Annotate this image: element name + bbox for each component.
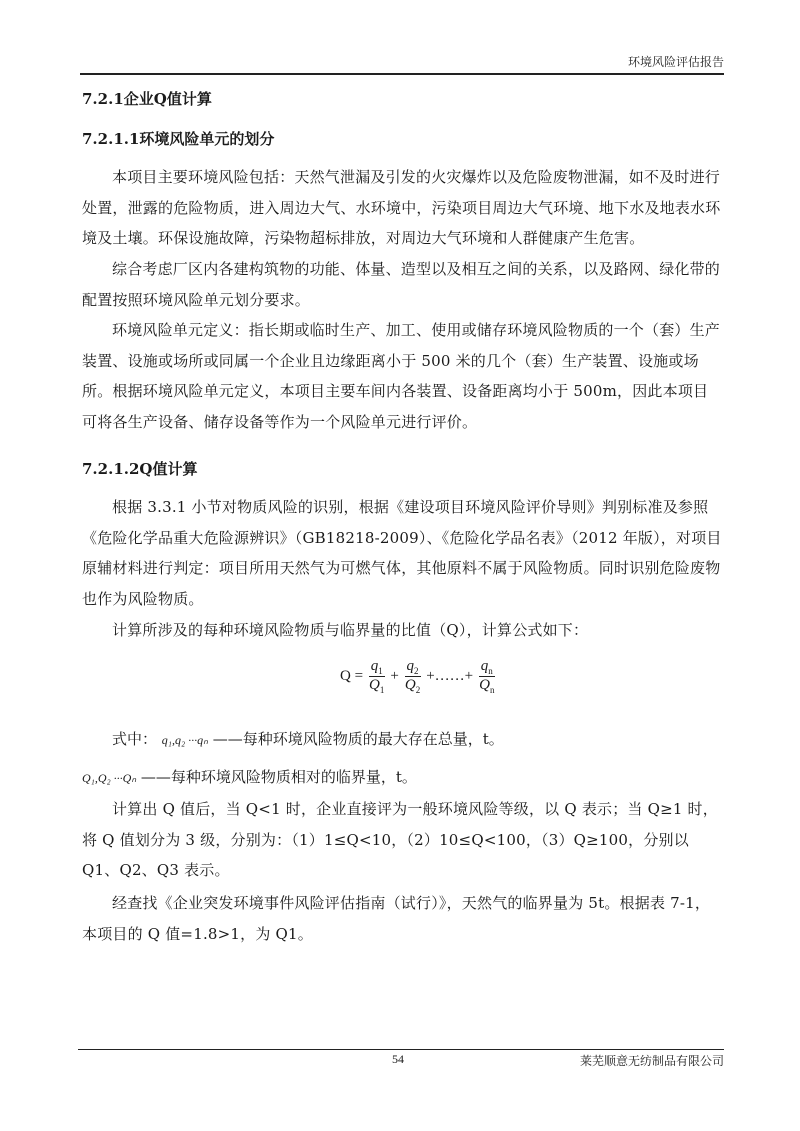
paragraph-q-result: 经查找《企业突发环境事件风险评估指南（试行）》，天然气的临界量为 5t。根据表 …: [82, 888, 722, 949]
section-heading-7-2-1: 7.2.1企业Q值计算: [82, 88, 212, 109]
paragraph-q-levels: 计算出 Q 值后，当 Q<1 时，企业直接评为一般环境风险等级，以 Q 表示；当…: [82, 794, 722, 886]
formula-lhs: Q =: [340, 668, 363, 685]
formula-term-2: q2 Q2: [403, 658, 422, 695]
q-formula: Q = q1 Q1 + q2 Q2 +……+ qn Qn: [340, 658, 496, 695]
header-title: 环境风险评估报告: [628, 53, 724, 70]
paragraph-risk-overview: 本项目主要环境风险包括：天然气泄漏及引发的火灾爆炸以及危险废物泄漏，如不及时进行…: [82, 162, 722, 254]
formula-plus: +: [390, 668, 398, 685]
formula-ellipsis: +……+: [426, 668, 473, 685]
paragraph-material-identification: 根据 3.3.1 小节对物质风险的识别，根据《建设项目环境风险评价导则》判别标准…: [82, 492, 722, 614]
page-number: 54: [392, 1052, 404, 1067]
section-heading-7-2-1-2: 7.2.1.2Q值计算: [82, 458, 197, 479]
footer-divider: [78, 1049, 724, 1050]
header-divider: [80, 73, 724, 75]
definition-q-lower: 式中： q₁,q₂ ···qₙ ——每种环境风险物质的最大存在总量，t。: [112, 728, 504, 749]
paragraph-formula-intro: 计算所涉及的每种环境风险物质与临界量的比值（Q），计算公式如下：: [82, 615, 722, 646]
section-heading-7-2-1-1: 7.2.1.1环境风险单元的划分: [82, 128, 274, 149]
paragraph-layout-consideration: 综合考虑厂区内各建构筑物的功能、体量、造型以及相互之间的关系，以及路网、绿化带的…: [82, 254, 722, 315]
footer-company: 莱芜顺意无纺制品有限公司: [580, 1052, 724, 1069]
definition-q-upper: Q₁,Q₂ ···Qₙ ——每种环境风险物质相对的临界量，t。: [82, 766, 417, 787]
formula-term-1: q1 Q1: [367, 658, 386, 695]
formula-term-n: qn Qn: [477, 658, 496, 695]
paragraph-unit-definition: 环境风险单元定义：指长期或临时生产、加工、使用或储存环境风险物质的一个（套）生产…: [82, 315, 722, 437]
